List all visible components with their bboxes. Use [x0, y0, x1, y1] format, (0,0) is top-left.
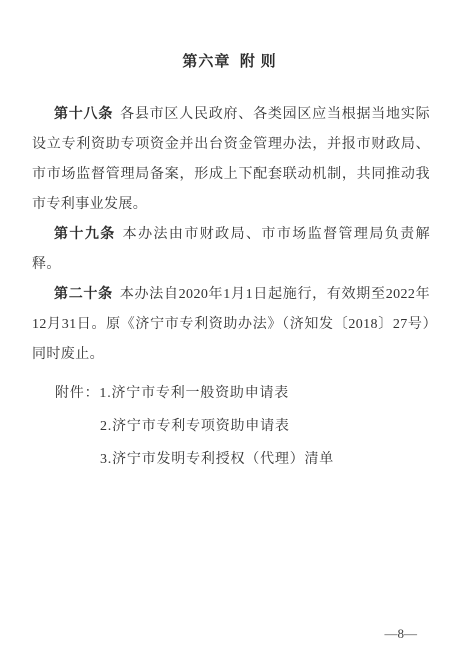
chapter-title: 第六章 附 则 — [0, 50, 459, 71]
article-20-number: 第二十条 — [54, 287, 113, 302]
page-number: —8— — [385, 626, 418, 642]
attachment-item-1: 1.济宁市专利一般资助申请表 — [99, 386, 289, 401]
attachments-section: 附件：1.济宁市专利一般资助申请表 2.济宁市专利专项资助申请表 3.济宁市发明… — [32, 377, 430, 476]
article-20-paragraph: 第二十条本办法自2020年1月1日起施行，有效期至2022年12月31日。原《济… — [32, 280, 430, 370]
attachments-label: 附件： — [55, 386, 99, 401]
attachment-line-1: 附件：1.济宁市专利一般资助申请表 — [55, 377, 430, 410]
article-18-text: 各县市区人民政府、各类园区应当根据当地实际设立专利资助专项资金并出台资金管理办法… — [32, 107, 430, 212]
article-18-paragraph: 第十八条各县市区人民政府、各类园区应当根据当地实际设立专利资助专项资金并出台资金… — [32, 100, 430, 220]
document-body: 第十八条各县市区人民政府、各类园区应当根据当地实际设立专利资助专项资金并出台资金… — [32, 100, 430, 476]
article-19-paragraph: 第十九条本办法由市财政局、市市场监督管理局负责解释。 — [32, 220, 430, 280]
attachment-item-2: 2.济宁市专利专项资助申请表 — [55, 410, 430, 443]
attachment-item-3: 3.济宁市发明专利授权（代理）清单 — [55, 443, 430, 476]
article-18-number: 第十八条 — [54, 107, 113, 122]
article-19-number: 第十九条 — [54, 227, 116, 242]
document-page: 第六章 附 则 第十八条各县市区人民政府、各类园区应当根据当地实际设立专利资助专… — [0, 0, 459, 672]
